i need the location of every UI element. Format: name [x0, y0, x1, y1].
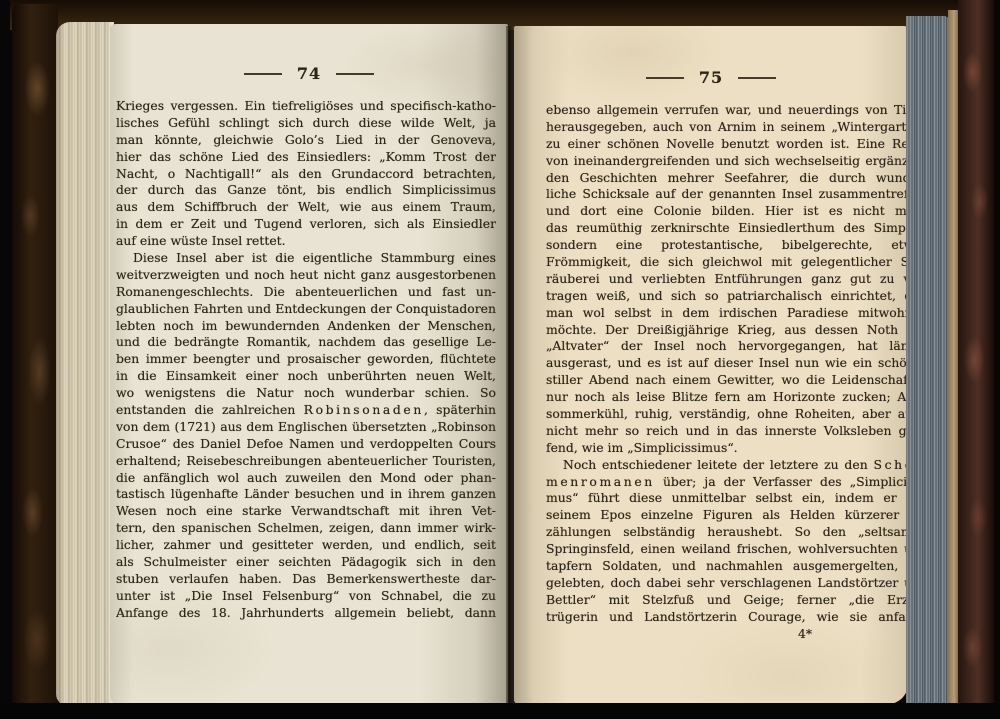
text-line: lebten noch im bewundernden Andenken der…: [116, 318, 496, 335]
text-line: ebenso allgemein verrufen war, und neuer…: [546, 102, 928, 119]
text-line: ben immer beengter und prosaischer gewor…: [116, 351, 496, 368]
text-line: sommerkühl, ruhig, verständig, ohne Rohe…: [546, 406, 928, 423]
text-line: tastisch lügenhafte Länder besuchen und …: [116, 486, 496, 503]
left-page: 74 Krieges vergessen. Ein tiefreligiöses…: [110, 24, 508, 704]
text-line: wo wenigstens die Natur noch wunderbar s…: [116, 385, 496, 402]
text-line: tragen weiß, und sich so patriarchalisch…: [546, 288, 928, 305]
text-line: Anfange des 18. Jahrhunderts allgemein b…: [116, 605, 496, 622]
left-page-number: 74: [297, 64, 321, 83]
text-line: zu einer schönen Novelle benutzt worden …: [546, 136, 928, 153]
text-line: und dort eine Colonie bilden. Hier ist e…: [546, 203, 928, 220]
right-page-number: 75: [699, 68, 723, 87]
text-line: von dem (1721) aus dem Englischen überse…: [116, 419, 496, 436]
text-line: fend, wie im „Simplicissimus“.: [546, 440, 928, 457]
book-gutter-fold: [506, 26, 514, 704]
text-line: herausgegeben, auch von Arnim in seinem …: [546, 119, 928, 136]
text-line: licher, zahmer und gesitteter werden, un…: [116, 537, 496, 554]
text-line: mus“ führt diese unmittelbar selbst ein,…: [546, 490, 928, 507]
text-line: menromanen über; ja der Verfasser des „S…: [546, 474, 928, 491]
text-line: das reumüthig zerknirschte Einsiedlerthu…: [546, 220, 928, 237]
text-line: hier das schöne Lied des Einsiedlers: „K…: [116, 149, 496, 166]
text-line: nur noch als leise Blitze fern am Horizo…: [546, 389, 928, 406]
text-line: in die Einsamkeit einer noch unberührten…: [116, 368, 496, 385]
signature-mark: 4*: [546, 626, 928, 643]
text-line: Crusoe“ des Daniel Defoe Namen und verdo…: [116, 436, 496, 453]
text-line: man wol selbst in dem irdischen Paradies…: [546, 305, 928, 322]
left-page-text-block: Krieges vergessen. Ein tiefreligiöses un…: [116, 98, 496, 622]
text-line: Romanengeschlechts. Die abenteuerlichen …: [116, 284, 496, 301]
text-line: möchte. Der Dreißigjährige Krieg, aus de…: [546, 322, 928, 339]
text-line: tapfern Soldaten, und nachmahlen ausgeme…: [546, 558, 928, 575]
text-line: räuberei und verliebten Entführungen gan…: [546, 271, 928, 288]
text-line: entstanden die zahlreichen Robinsonaden,…: [116, 402, 496, 419]
text-line: Bettler“ mit Stelzfuß und Geige; ferner …: [546, 592, 928, 609]
text-line: glaublichen Fahrten und Entdeckungen der…: [116, 301, 496, 318]
text-line: den Geschichten mehrer Seefahrer, die du…: [546, 170, 928, 187]
text-line: von ineinandergreifenden und sich wechse…: [546, 153, 928, 170]
signature-area: 4*: [546, 626, 928, 643]
right-page: 75 ebenso allgemein verrufen war, und ne…: [514, 26, 908, 704]
text-line: lisches Gefühl schlingt sich durch diese…: [116, 115, 496, 132]
text-line: zählungen selbständig heraushebt. So den…: [546, 524, 928, 541]
text-line: als Schulmeister einer seichten Pädagogi…: [116, 554, 496, 571]
text-line: unter ist „Die Insel Felsenburg“ von Sch…: [116, 588, 496, 605]
text-line: ausgerast, und es ist auf dieser Insel n…: [546, 355, 928, 372]
text-line: seinem Epos einzelne Figuren als Helden …: [546, 507, 928, 524]
text-line: man könnte, gleichwie Golo’s Lied in der…: [116, 132, 496, 149]
text-line: sondern eine protestantische, bibelgerec…: [546, 237, 928, 254]
text-line: Nacht, o Nachtigall!“ als den Grundaccor…: [116, 166, 496, 183]
header-rule: [336, 73, 374, 75]
text-line: gelebten, doch dabei sehr verschlagenen …: [546, 575, 928, 592]
header-rule: [738, 77, 776, 79]
text-line: stuben verlaufen haben. Das Bemerkenswer…: [116, 571, 496, 588]
text-line: weitverzweigten und noch heut nicht ganz…: [116, 267, 496, 284]
text-line: Diese Insel aber ist die eigentliche Sta…: [116, 250, 496, 267]
text-line: Frömmigkeit, die sich gleichwol mit gele…: [546, 254, 928, 271]
text-line: trügerin und Landstörtzerin Courage, wie…: [546, 609, 928, 626]
leather-spine-edge: [12, 4, 58, 710]
page-edges-left: [56, 22, 114, 706]
text-line: „Altvater“ der Insel noch hervorgegangen…: [546, 338, 928, 355]
text-line: Krieges vergessen. Ein tiefreligiöses un…: [116, 98, 496, 115]
header-rule: [244, 73, 282, 75]
text-line: Springinsfeld, einen weiland frischen, w…: [546, 541, 928, 558]
text-line: erhaltend; Reisebeschreibungen abenteuer…: [116, 453, 496, 470]
text-line: tern, den spanischen Schelmen, zeigen, d…: [116, 520, 496, 537]
text-line: auf eine wüste Insel rettet.: [116, 233, 496, 250]
text-line: aus dem Schiffbruch der Welt, wie aus ei…: [116, 199, 496, 216]
text-line: nicht mehr so reich und in das innerste …: [546, 423, 928, 440]
right-page-text-block: ebenso allgemein verrufen war, und neuer…: [546, 102, 928, 626]
text-line: liche Schicksale auf der genannten Insel…: [546, 186, 928, 203]
left-page-header: 74: [110, 64, 508, 83]
text-line: die anfänglich wol auch zuweilen den Mon…: [116, 470, 496, 487]
text-line: stiller Abend nach einem Gewitter, wo di…: [546, 372, 928, 389]
marbled-board-edge: [958, 0, 994, 719]
page-edges-right: [906, 16, 950, 710]
text-line: Wesen noch eine starke Verwandtschaft mi…: [116, 503, 496, 520]
header-rule: [646, 77, 684, 79]
text-line: der durch das Ganze tönt, bis endlich Si…: [116, 182, 496, 199]
book-photograph: 74 Krieges vergessen. Ein tiefreligiöses…: [0, 0, 1000, 719]
text-line: und die bedrängte Romantik, nachdem das …: [116, 334, 496, 351]
text-line: Noch entschiedener leitete der letztere …: [546, 457, 928, 474]
text-line: in dem er Zeit und Tugend verloren, sich…: [116, 216, 496, 233]
right-page-header: 75: [514, 68, 908, 87]
background-bottom: [0, 703, 1000, 719]
